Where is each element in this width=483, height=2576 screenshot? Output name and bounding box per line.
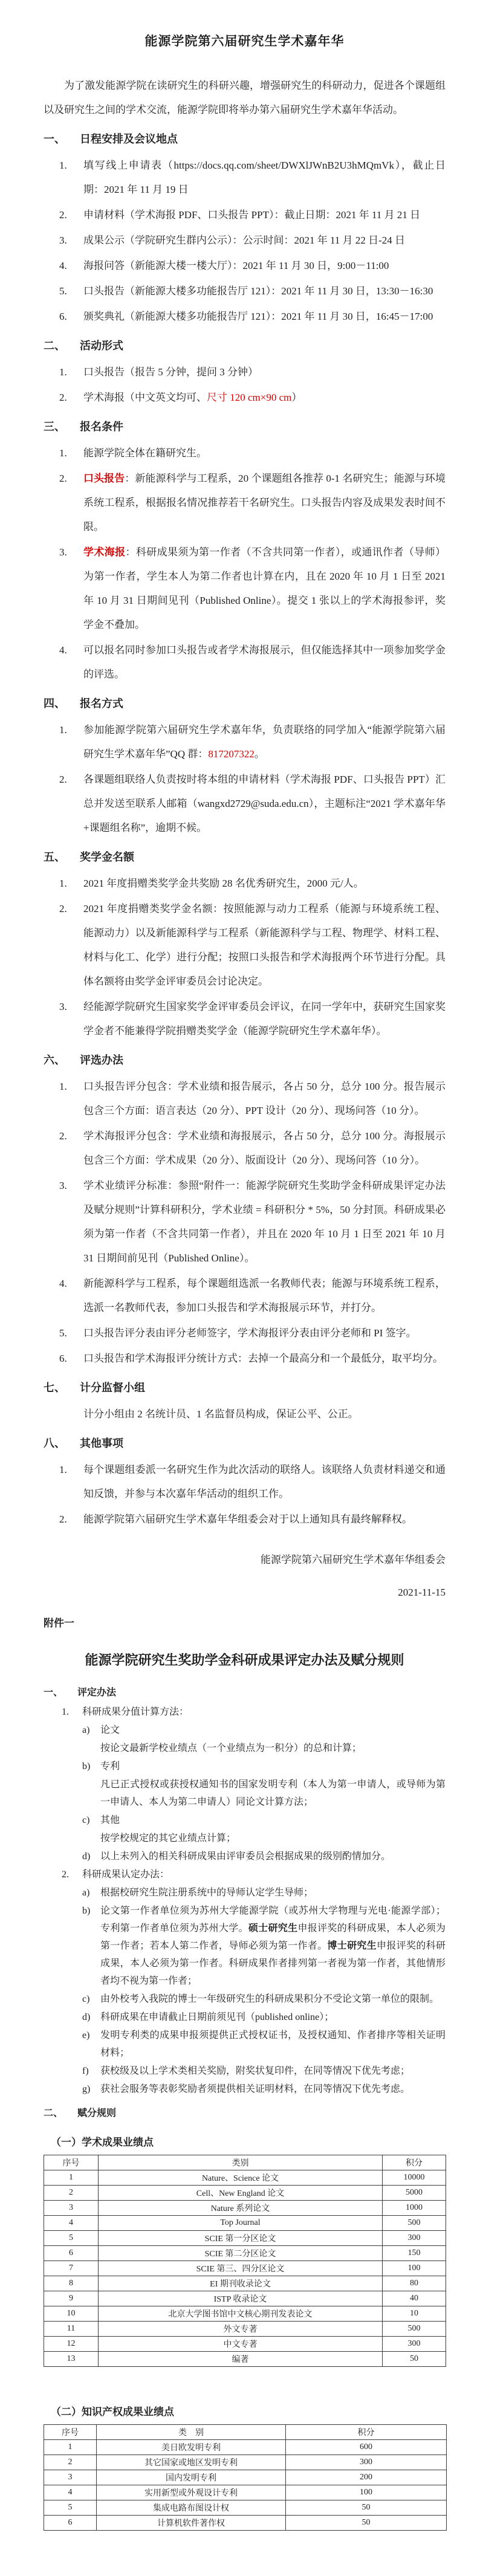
list-item: 2.学术海报评分包含：学术业绩和海报展示，各占 50 分，总分 100 分。海报… bbox=[44, 1124, 446, 1173]
item-text: 每个课题组委派一名研究生作为此次活动的联络人。该联络人负责材料递交和通知反馈，并… bbox=[83, 1464, 446, 1500]
column-header: 积分 bbox=[383, 2155, 446, 2170]
sub-item-letter: b) bbox=[82, 1902, 90, 1920]
section-2-number: 二、 bbox=[44, 337, 80, 353]
item-text: 新能源科学与工程系，每个课题组选派一名教师代表；能源与环境系统工程系，选派一名教… bbox=[83, 1278, 446, 1313]
list-item: 2.能源学院第六届研究生学术嘉年华组委会对于以上通知具有最终解释权。 bbox=[44, 1507, 446, 1532]
list-item: 3.学术海报：科研成果须为第一作者（不含共同第一作者），或通讯作者（导师）为第一… bbox=[44, 540, 446, 637]
item-number: 2. bbox=[59, 1507, 67, 1532]
sub-item: a)根据校研究生院注册系统中的导师认定学生导师； bbox=[44, 1884, 446, 1901]
sub-item-letter: d) bbox=[82, 2008, 90, 2026]
academic-results-points-table: 序号 类别 积分 1Nature、Science 论文10000 2Cell、N… bbox=[44, 2155, 446, 2367]
section-1-heading: 一、日程安排及会议地点 bbox=[44, 131, 446, 146]
item-number: 3. bbox=[59, 228, 67, 253]
list-item: 1.填写线上申请表（https://docs.qq.com/sheet/DWXl… bbox=[44, 154, 446, 202]
cell-index: 3 bbox=[44, 2470, 97, 2485]
sub-item-letter: c) bbox=[82, 1990, 89, 2008]
cell-points: 40 bbox=[383, 2291, 446, 2306]
section-8-title: 其他事项 bbox=[80, 1437, 123, 1449]
document-title: 能源学院第六届研究生学术嘉年华 bbox=[44, 31, 446, 50]
cell-category: Nature、Science 论文 bbox=[99, 2170, 383, 2186]
item-number: 1. bbox=[59, 1075, 67, 1099]
item-number: 2. bbox=[59, 897, 67, 921]
item-text: ：新能源科学与工程系，20 个课题组各推荐 0-1 名研究生；能源与环境系统工程… bbox=[83, 473, 446, 532]
table-1-caption: （一）学术成果业绩点 bbox=[44, 2134, 446, 2149]
item-number: 4. bbox=[59, 1272, 67, 1296]
item-text: 填写线上申请表（https://docs.qq.com/sheet/DWXlJW… bbox=[83, 160, 446, 195]
item-text: 科研成果认定办法： bbox=[82, 1869, 169, 1880]
poster-highlight: 学术海报 bbox=[83, 546, 125, 558]
table-row: 7SCIE 第三、四分区论文100 bbox=[44, 2261, 446, 2276]
table-row: 9ISTP 收录论文40 bbox=[44, 2291, 446, 2306]
item-text: 学术海报（中文英文均可、 bbox=[83, 392, 207, 403]
item-text: 口头报告和学术海报评分统计方式：去掉一个最高分和一个最低分，取平均分。 bbox=[83, 1353, 443, 1364]
table-row: 10北京大学图书馆中文核心期刊发表论文10 bbox=[44, 2306, 446, 2322]
cell-points: 200 bbox=[286, 2470, 447, 2485]
sub-item-text: 由外校考入我院的博士一年级研究生的科研成果积分不受论文第一单位的限制。 bbox=[100, 1994, 439, 2004]
intro-paragraph: 为了激发能源学院在读研究生的科研兴趣，增强研究生的科研动力，促进各个课题组以及研… bbox=[44, 74, 446, 122]
signature-line: 能源学院第六届研究生学术嘉年华组委会 bbox=[44, 1551, 446, 1566]
table-2-caption: （二）知识产权成果业绩点 bbox=[44, 2403, 446, 2418]
item-text: 口头报告评分表由评分老师签字，学术海报评分表由评分老师和 PI 签字。 bbox=[83, 1327, 417, 1339]
cell-index: 1 bbox=[44, 2170, 99, 2186]
attachment-title: 能源学院研究生奖助学金科研成果评定办法及赋分规则 bbox=[44, 1650, 446, 1669]
section-3-heading: 三、报名条件 bbox=[44, 418, 446, 434]
table-row: 5SCIE 第一分区论文300 bbox=[44, 2231, 446, 2246]
cell-category: 中文专著 bbox=[99, 2337, 383, 2352]
section-5-heading: 五、奖学金名额 bbox=[44, 849, 446, 864]
item-text: 能源学院第六届研究生学术嘉年华组委会对于以上通知具有最终解释权。 bbox=[83, 1513, 412, 1525]
sub-item-text: 发明专利类的成果申报须提供正式授权证书，及授权通知、作者排序等相关证明材料； bbox=[100, 2030, 446, 2058]
column-header: 类别 bbox=[99, 2155, 383, 2170]
sub-item: c)由外校考入我院的博士一年级研究生的科研成果积分不受论文第一单位的限制。 bbox=[44, 1990, 446, 2008]
cell-index: 3 bbox=[44, 2201, 99, 2216]
list-item: 1.口头报告（报告 5 分钟，提问 3 分钟） bbox=[44, 360, 446, 384]
sub-item-body: 凡已正式授权或获授权通知书的国家发明专利（本人为第一申请人，或导师为第一申请人、… bbox=[44, 1776, 446, 1811]
item-text: 各课题组联络人负责按时将本组的申请材料（学术海报 PDF、口头报告 PPT）汇总… bbox=[83, 774, 446, 833]
list-item: 1.科研成果分值计算方法： bbox=[44, 1703, 446, 1721]
table-row: 13编著50 bbox=[44, 2352, 446, 2367]
item-number: 1. bbox=[59, 154, 67, 178]
item-number: 5. bbox=[59, 1321, 67, 1345]
table-row: 3国内发明专利200 bbox=[44, 2470, 447, 2485]
item-text: 申请材料（学术海报 PDF、口头报告 PPT）：截止日期：2021 年 11 月… bbox=[83, 209, 420, 221]
attachment-section-2-title: 赋分规则 bbox=[77, 2108, 116, 2118]
table-row: 12中文专著300 bbox=[44, 2337, 446, 2352]
list-item: 2.口头报告：新能源科学与工程系，20 个课题组各推荐 0-1 名研究生；能源与… bbox=[44, 467, 446, 539]
list-item: 3.学术业绩评分标准：参照“附件一：能源学院研究生奖助学金科研成果评定办法及赋分… bbox=[44, 1174, 446, 1270]
cell-index: 6 bbox=[44, 2246, 99, 2261]
item-text: 口头报告（报告 5 分钟，提问 3 分钟） bbox=[83, 366, 258, 378]
item-text: 海报问答（新能源大楼一楼大厅）：2021 年 11 月 30 日，9:00－11… bbox=[83, 260, 389, 271]
item-text: 能源学院全体在籍研究生。 bbox=[83, 447, 207, 459]
sub-item-body: 按学校规定的其它业绩点计算； bbox=[44, 1830, 446, 1847]
section-3-title: 报名条件 bbox=[80, 421, 123, 433]
sub-item-title: 专利 bbox=[100, 1761, 120, 1772]
cell-points: 50 bbox=[286, 2500, 447, 2516]
sub-item: a)论文 bbox=[44, 1721, 446, 1739]
column-header: 积分 bbox=[286, 2425, 447, 2440]
item-number: 2. bbox=[59, 768, 67, 792]
cell-category: SCIE 第三、四分区论文 bbox=[99, 2261, 383, 2276]
item-number: 1. bbox=[59, 441, 67, 465]
list-item: 4.海报问答（新能源大楼一楼大厅）：2021 年 11 月 30 日，9:00－… bbox=[44, 254, 446, 278]
cell-index: 2 bbox=[44, 2186, 99, 2201]
sub-item: b)论文第一作者单位须为苏州大学能源学院（或苏州大学物理与光电·能源学部）；专利… bbox=[44, 1902, 446, 1990]
attachment-section-2-number: 二、 bbox=[44, 2105, 77, 2119]
item-number: 3. bbox=[59, 540, 67, 565]
cell-category: 美日欧发明专利 bbox=[97, 2440, 286, 2455]
item-text: 学术海报评分包含：学术业绩和海报展示，各占 50 分，总分 100 分。海报展示… bbox=[83, 1130, 446, 1166]
cell-index: 2 bbox=[44, 2455, 97, 2470]
section-6-number: 六、 bbox=[44, 1052, 80, 1067]
table-header-row: 序号 类 别 积分 bbox=[44, 2425, 447, 2440]
cell-points: 80 bbox=[383, 2276, 446, 2291]
cell-points: 300 bbox=[286, 2455, 447, 2470]
column-header: 类 别 bbox=[97, 2425, 286, 2440]
item-text: ） bbox=[291, 392, 302, 403]
list-item: 2.申请材料（学术海报 PDF、口头报告 PPT）：截止日期：2021 年 11… bbox=[44, 203, 446, 227]
section-7-heading: 七、计分监督小组 bbox=[44, 1379, 446, 1395]
phd-student-bold: 博士研究生 bbox=[327, 1941, 377, 1951]
item-number: 2. bbox=[59, 203, 67, 227]
list-item: 4.可以报名同时参加口头报告或者学术海报展示，但仅能选择其中一项参加奖学金的评选… bbox=[44, 638, 446, 687]
sub-item-text: 根据校研究生院注册系统中的导师认定学生导师； bbox=[100, 1888, 313, 1898]
cell-index: 10 bbox=[44, 2306, 99, 2322]
list-item: 1.能源学院全体在籍研究生。 bbox=[44, 441, 446, 465]
item-number: 1. bbox=[59, 1458, 67, 1482]
attachment-section-1-heading: 一、评定办法 bbox=[44, 1684, 446, 1698]
list-item: 3.经能源学院研究生国家奖学金评审委员会评议，在同一学年中，获研究生国家奖学金者… bbox=[44, 995, 446, 1043]
cell-index: 13 bbox=[44, 2352, 99, 2367]
section-7-title: 计分监督小组 bbox=[80, 1382, 145, 1394]
item-text: 经能源学院研究生国家奖学金评审委员会评议，在同一学年中，获研究生国家奖学金者不能… bbox=[83, 1001, 446, 1037]
list-item: 6.口头报告和学术海报评分统计方式：去掉一个最高分和一个最低分，取平均分。 bbox=[44, 1347, 446, 1371]
item-number: 1. bbox=[59, 872, 67, 896]
table-row: 4Top Journal500 bbox=[44, 2216, 446, 2231]
section-7-body: 计分小组由 2 名统计员、1 名监督员构成，保证公平、公正。 bbox=[44, 1402, 446, 1426]
cell-points: 300 bbox=[383, 2231, 446, 2246]
list-item: 2.2021 年度捐赠类奖学金名额：按照能源与动力工程系（能源与环境系统工程、能… bbox=[44, 897, 446, 994]
list-item: 1.参加能源学院第六届研究生学术嘉年华，负责联络的同学加入“能源学院第六届研究生… bbox=[44, 718, 446, 766]
list-item: 2.各课题组联络人负责按时将本组的申请材料（学术海报 PDF、口头报告 PPT）… bbox=[44, 768, 446, 840]
list-item: 2.学术海报（中文英文均可、尺寸 120 cm×90 cm） bbox=[44, 386, 446, 410]
cell-points: 50 bbox=[286, 2516, 447, 2531]
table-row: 5集成电路布图设计权50 bbox=[44, 2500, 447, 2516]
column-header: 序号 bbox=[44, 2425, 97, 2440]
cell-category: 集成电路布图设计权 bbox=[97, 2500, 286, 2516]
cell-points: 150 bbox=[383, 2246, 446, 2261]
item-text: 科研成果分值计算方法： bbox=[82, 1707, 189, 1717]
cell-category: ISTP 收录论文 bbox=[99, 2291, 383, 2306]
table-row: 3Nature 系列论文1000 bbox=[44, 2201, 446, 2216]
cell-points: 300 bbox=[383, 2337, 446, 2352]
section-3-number: 三、 bbox=[44, 418, 80, 434]
cell-points: 5000 bbox=[383, 2186, 446, 2201]
table-row: 6计算机软件著作权50 bbox=[44, 2516, 447, 2531]
cell-category: 计算机软件著作权 bbox=[97, 2516, 286, 2531]
section-5-title: 奖学金名额 bbox=[80, 851, 134, 863]
cell-index: 1 bbox=[44, 2440, 97, 2455]
item-text: 2021 年度捐赠类奖学金共奖励 28 名优秀研究生，2000 元/人。 bbox=[83, 878, 364, 889]
item-text: 学术业绩评分标准：参照“附件一：能源学院研究生奖助学金科研成果评定办法及赋分规则… bbox=[83, 1180, 446, 1264]
table-row: 11外文专著500 bbox=[44, 2322, 446, 2337]
qq-group-number: 817207322 bbox=[208, 748, 254, 760]
section-4-title: 报名方式 bbox=[80, 697, 123, 710]
cell-points: 1000 bbox=[383, 2201, 446, 2216]
cell-index: 7 bbox=[44, 2261, 99, 2276]
table-row: 4实用新型或外观设计专利100 bbox=[44, 2485, 447, 2500]
intellectual-property-points-table: 序号 类 别 积分 1美日欧发明专利600 2其它国家或地区发明专利300 3国… bbox=[44, 2424, 447, 2531]
item-text: 2021 年度捐赠类奖学金名额：按照能源与动力工程系（能源与环境系统工程、能源动… bbox=[83, 903, 446, 987]
item-number: 3. bbox=[59, 1174, 67, 1198]
date-line: 2021-11-15 bbox=[44, 1587, 446, 1599]
sub-item: g)获社会服务等表彰奖励者须提供相关证明材料，在同等情况下优先考虑。 bbox=[44, 2080, 446, 2098]
list-item: 4.新能源科学与工程系，每个课题组选派一名教师代表；能源与环境系统工程系，选派一… bbox=[44, 1272, 446, 1320]
item-number: 4. bbox=[59, 638, 67, 662]
cell-index: 12 bbox=[44, 2337, 99, 2352]
cell-points: 10 bbox=[383, 2306, 446, 2322]
section-5-number: 五、 bbox=[44, 849, 80, 864]
section-6-title: 评选办法 bbox=[80, 1054, 123, 1066]
sub-item-letter: e) bbox=[82, 2027, 89, 2044]
list-item: 2.科研成果认定办法： bbox=[44, 1866, 446, 1883]
item-number: 3. bbox=[59, 995, 67, 1019]
table-row: 2Cell、New England 论文5000 bbox=[44, 2186, 446, 2201]
cell-points: 100 bbox=[383, 2261, 446, 2276]
sub-item-body: 按论文最新学校业绩点（一个业绩点为一积分）的总和计算； bbox=[44, 1739, 446, 1757]
cell-points: 10000 bbox=[383, 2170, 446, 2186]
cell-points: 600 bbox=[286, 2440, 447, 2455]
section-8-number: 八、 bbox=[44, 1435, 80, 1451]
sub-item: b)专利 bbox=[44, 1758, 446, 1775]
sub-item-letter: g) bbox=[82, 2080, 90, 2098]
cell-category: EI 期刊收录论文 bbox=[99, 2276, 383, 2291]
list-item: 5.口头报告评分表由评分老师签字，学术海报评分表由评分老师和 PI 签字。 bbox=[44, 1321, 446, 1345]
cell-category: 其它国家或地区发明专利 bbox=[97, 2455, 286, 2470]
sub-item: e)发明专利类的成果申报须提供正式授权证书，及授权通知、作者排序等相关证明材料； bbox=[44, 2027, 446, 2062]
sub-item: c)其他 bbox=[44, 1811, 446, 1829]
section-1-title: 日程安排及会议地点 bbox=[80, 133, 178, 145]
section-4-heading: 四、报名方式 bbox=[44, 695, 446, 711]
list-item: 1.口头报告评分包含：学术业绩和报告展示，各占 50 分，总分 100 分。报告… bbox=[44, 1075, 446, 1123]
sub-item-text: 科研成果在申请截止日期前须见刊（published online）； bbox=[100, 2012, 334, 2022]
cell-index: 4 bbox=[44, 2216, 99, 2231]
oral-report-highlight: 口头报告 bbox=[83, 473, 125, 484]
cell-category: 实用新型或外观设计专利 bbox=[97, 2485, 286, 2500]
cell-category: Cell、New England 论文 bbox=[99, 2186, 383, 2201]
item-number: 6. bbox=[59, 1347, 67, 1371]
section-2-heading: 二、活动形式 bbox=[44, 337, 446, 353]
cell-index: 4 bbox=[44, 2485, 97, 2500]
attachment-section-2-heading: 二、赋分规则 bbox=[44, 2105, 446, 2119]
item-number: 2. bbox=[59, 386, 67, 410]
attachment-section-1-number: 一、 bbox=[44, 1684, 77, 1698]
cell-category: Top Journal bbox=[99, 2216, 383, 2231]
cell-index: 8 bbox=[44, 2276, 99, 2291]
section-7-number: 七、 bbox=[44, 1379, 80, 1395]
cell-index: 9 bbox=[44, 2291, 99, 2306]
list-item: 6.颁奖典礼（新能源大楼多功能报告厅 121）：2021 年 11 月 30 日… bbox=[44, 305, 446, 329]
poster-size-highlight: 尺寸 120 cm×90 cm bbox=[207, 392, 291, 403]
item-number: 1. bbox=[62, 1703, 69, 1721]
item-number: 2. bbox=[59, 467, 67, 491]
sub-item: d)科研成果在申请截止日期前须见刊（published online）； bbox=[44, 2008, 446, 2026]
table-row: 8EI 期刊收录论文80 bbox=[44, 2276, 446, 2291]
cell-points: 100 bbox=[286, 2485, 447, 2500]
table-header-row: 序号 类别 积分 bbox=[44, 2155, 446, 2170]
sub-item-text: 以上未列入的相关科研成果由评审委员会根据成果的级别酌情加分。 bbox=[100, 1851, 391, 1862]
cell-points: 50 bbox=[383, 2352, 446, 2367]
cell-category: 编著 bbox=[99, 2352, 383, 2367]
section-2-title: 活动形式 bbox=[80, 340, 123, 352]
cell-index: 5 bbox=[44, 2500, 97, 2516]
list-item: 3.成果公示（学院研究生群内公示）：公示时间：2021 年 11 月 22 日-… bbox=[44, 228, 446, 253]
column-header: 序号 bbox=[44, 2155, 99, 2170]
sub-item-letter: c) bbox=[82, 1811, 89, 1829]
cell-points: 500 bbox=[383, 2322, 446, 2337]
list-item: 1.每个课题组委派一名研究生作为此次活动的联络人。该联络人负责材料递交和通知反馈… bbox=[44, 1458, 446, 1506]
sub-item: f)获校级及以上学术类相关奖励，附奖状复印件，在同等情况下优先考虑； bbox=[44, 2062, 446, 2080]
sub-item-letter: b) bbox=[82, 1758, 90, 1775]
section-4-number: 四、 bbox=[44, 695, 80, 711]
cell-index: 5 bbox=[44, 2231, 99, 2246]
document-page: 能源学院第六届研究生学术嘉年华 为了激发能源学院在读研究生的科研兴趣，增强研究生… bbox=[0, 0, 483, 2576]
item-number: 4. bbox=[59, 254, 67, 278]
item-number: 1. bbox=[59, 718, 67, 742]
item-number: 2. bbox=[62, 1866, 69, 1883]
sub-item-letter: a) bbox=[82, 1721, 89, 1739]
cell-points: 500 bbox=[383, 2216, 446, 2231]
item-text: ：科研成果须为第一作者（不含共同第一作者），或通讯作者（导师）为第一作者，学生本… bbox=[83, 546, 446, 630]
cell-category: 北京大学图书馆中文核心期刊发表论文 bbox=[99, 2306, 383, 2322]
sub-item-title: 其他 bbox=[100, 1815, 120, 1825]
item-text: 口头报告（新能源大楼多功能报告厅 121）：2021 年 11 月 30 日，1… bbox=[83, 285, 433, 297]
cell-category: 国内发明专利 bbox=[97, 2470, 286, 2485]
cell-category: 外文专著 bbox=[99, 2322, 383, 2337]
spacer bbox=[44, 2367, 446, 2389]
item-number: 6. bbox=[59, 305, 67, 329]
item-number: 1. bbox=[59, 360, 67, 384]
item-text: 可以报名同时参加口头报告或者学术海报展示，但仅能选择其中一项参加奖学金的评选。 bbox=[83, 644, 446, 680]
section-8-heading: 八、其他事项 bbox=[44, 1435, 446, 1451]
item-text: 颁奖典礼（新能源大楼多功能报告厅 121）：2021 年 11 月 30 日，1… bbox=[83, 311, 433, 322]
cell-category: SCIE 第一分区论文 bbox=[99, 2231, 383, 2246]
master-student-bold: 硕士研究生 bbox=[248, 1923, 298, 1934]
cell-index: 11 bbox=[44, 2322, 99, 2337]
item-text: 成果公示（学院研究生群内公示）：公示时间：2021 年 11 月 22 日-24… bbox=[83, 235, 405, 246]
attachment-label: 附件一 bbox=[44, 1614, 446, 1629]
sub-item-text: 获校级及以上学术类相关奖励，附奖状复印件，在同等情况下优先考虑； bbox=[100, 2066, 410, 2076]
list-item: 1.2021 年度捐赠类奖学金共奖励 28 名优秀研究生，2000 元/人。 bbox=[44, 872, 446, 896]
section-1-number: 一、 bbox=[44, 131, 80, 146]
list-item: 5.口头报告（新能源大楼多功能报告厅 121）：2021 年 11 月 30 日… bbox=[44, 279, 446, 303]
table-row: 2其它国家或地区发明专利300 bbox=[44, 2455, 447, 2470]
cell-index: 6 bbox=[44, 2516, 97, 2531]
item-number: 2. bbox=[59, 1124, 67, 1148]
sub-item-letter: d) bbox=[82, 1848, 90, 1865]
sub-item-text: 获社会服务等表彰奖励者须提供相关证明材料，在同等情况下优先考虑。 bbox=[100, 2084, 410, 2094]
sub-item-letter: a) bbox=[82, 1884, 89, 1901]
item-number: 5. bbox=[59, 279, 67, 303]
sub-item-letter: f) bbox=[82, 2062, 89, 2080]
table-row: 6SCIE 第二分区论文150 bbox=[44, 2246, 446, 2261]
table-row: 1Nature、Science 论文10000 bbox=[44, 2170, 446, 2186]
section-6-heading: 六、评选办法 bbox=[44, 1052, 446, 1067]
cell-category: Nature 系列论文 bbox=[99, 2201, 383, 2216]
sub-item: d)以上未列入的相关科研成果由评审委员会根据成果的级别酌情加分。 bbox=[44, 1848, 446, 1865]
item-text: 。 bbox=[254, 748, 265, 760]
cell-category: SCIE 第二分区论文 bbox=[99, 2246, 383, 2261]
table-row: 1美日欧发明专利600 bbox=[44, 2440, 447, 2455]
attachment-section-1-title: 评定办法 bbox=[77, 1688, 116, 1698]
sub-item-title: 论文 bbox=[100, 1725, 120, 1735]
item-text: 口头报告评分包含：学术业绩和报告展示，各占 50 分，总分 100 分。报告展示… bbox=[83, 1081, 446, 1116]
